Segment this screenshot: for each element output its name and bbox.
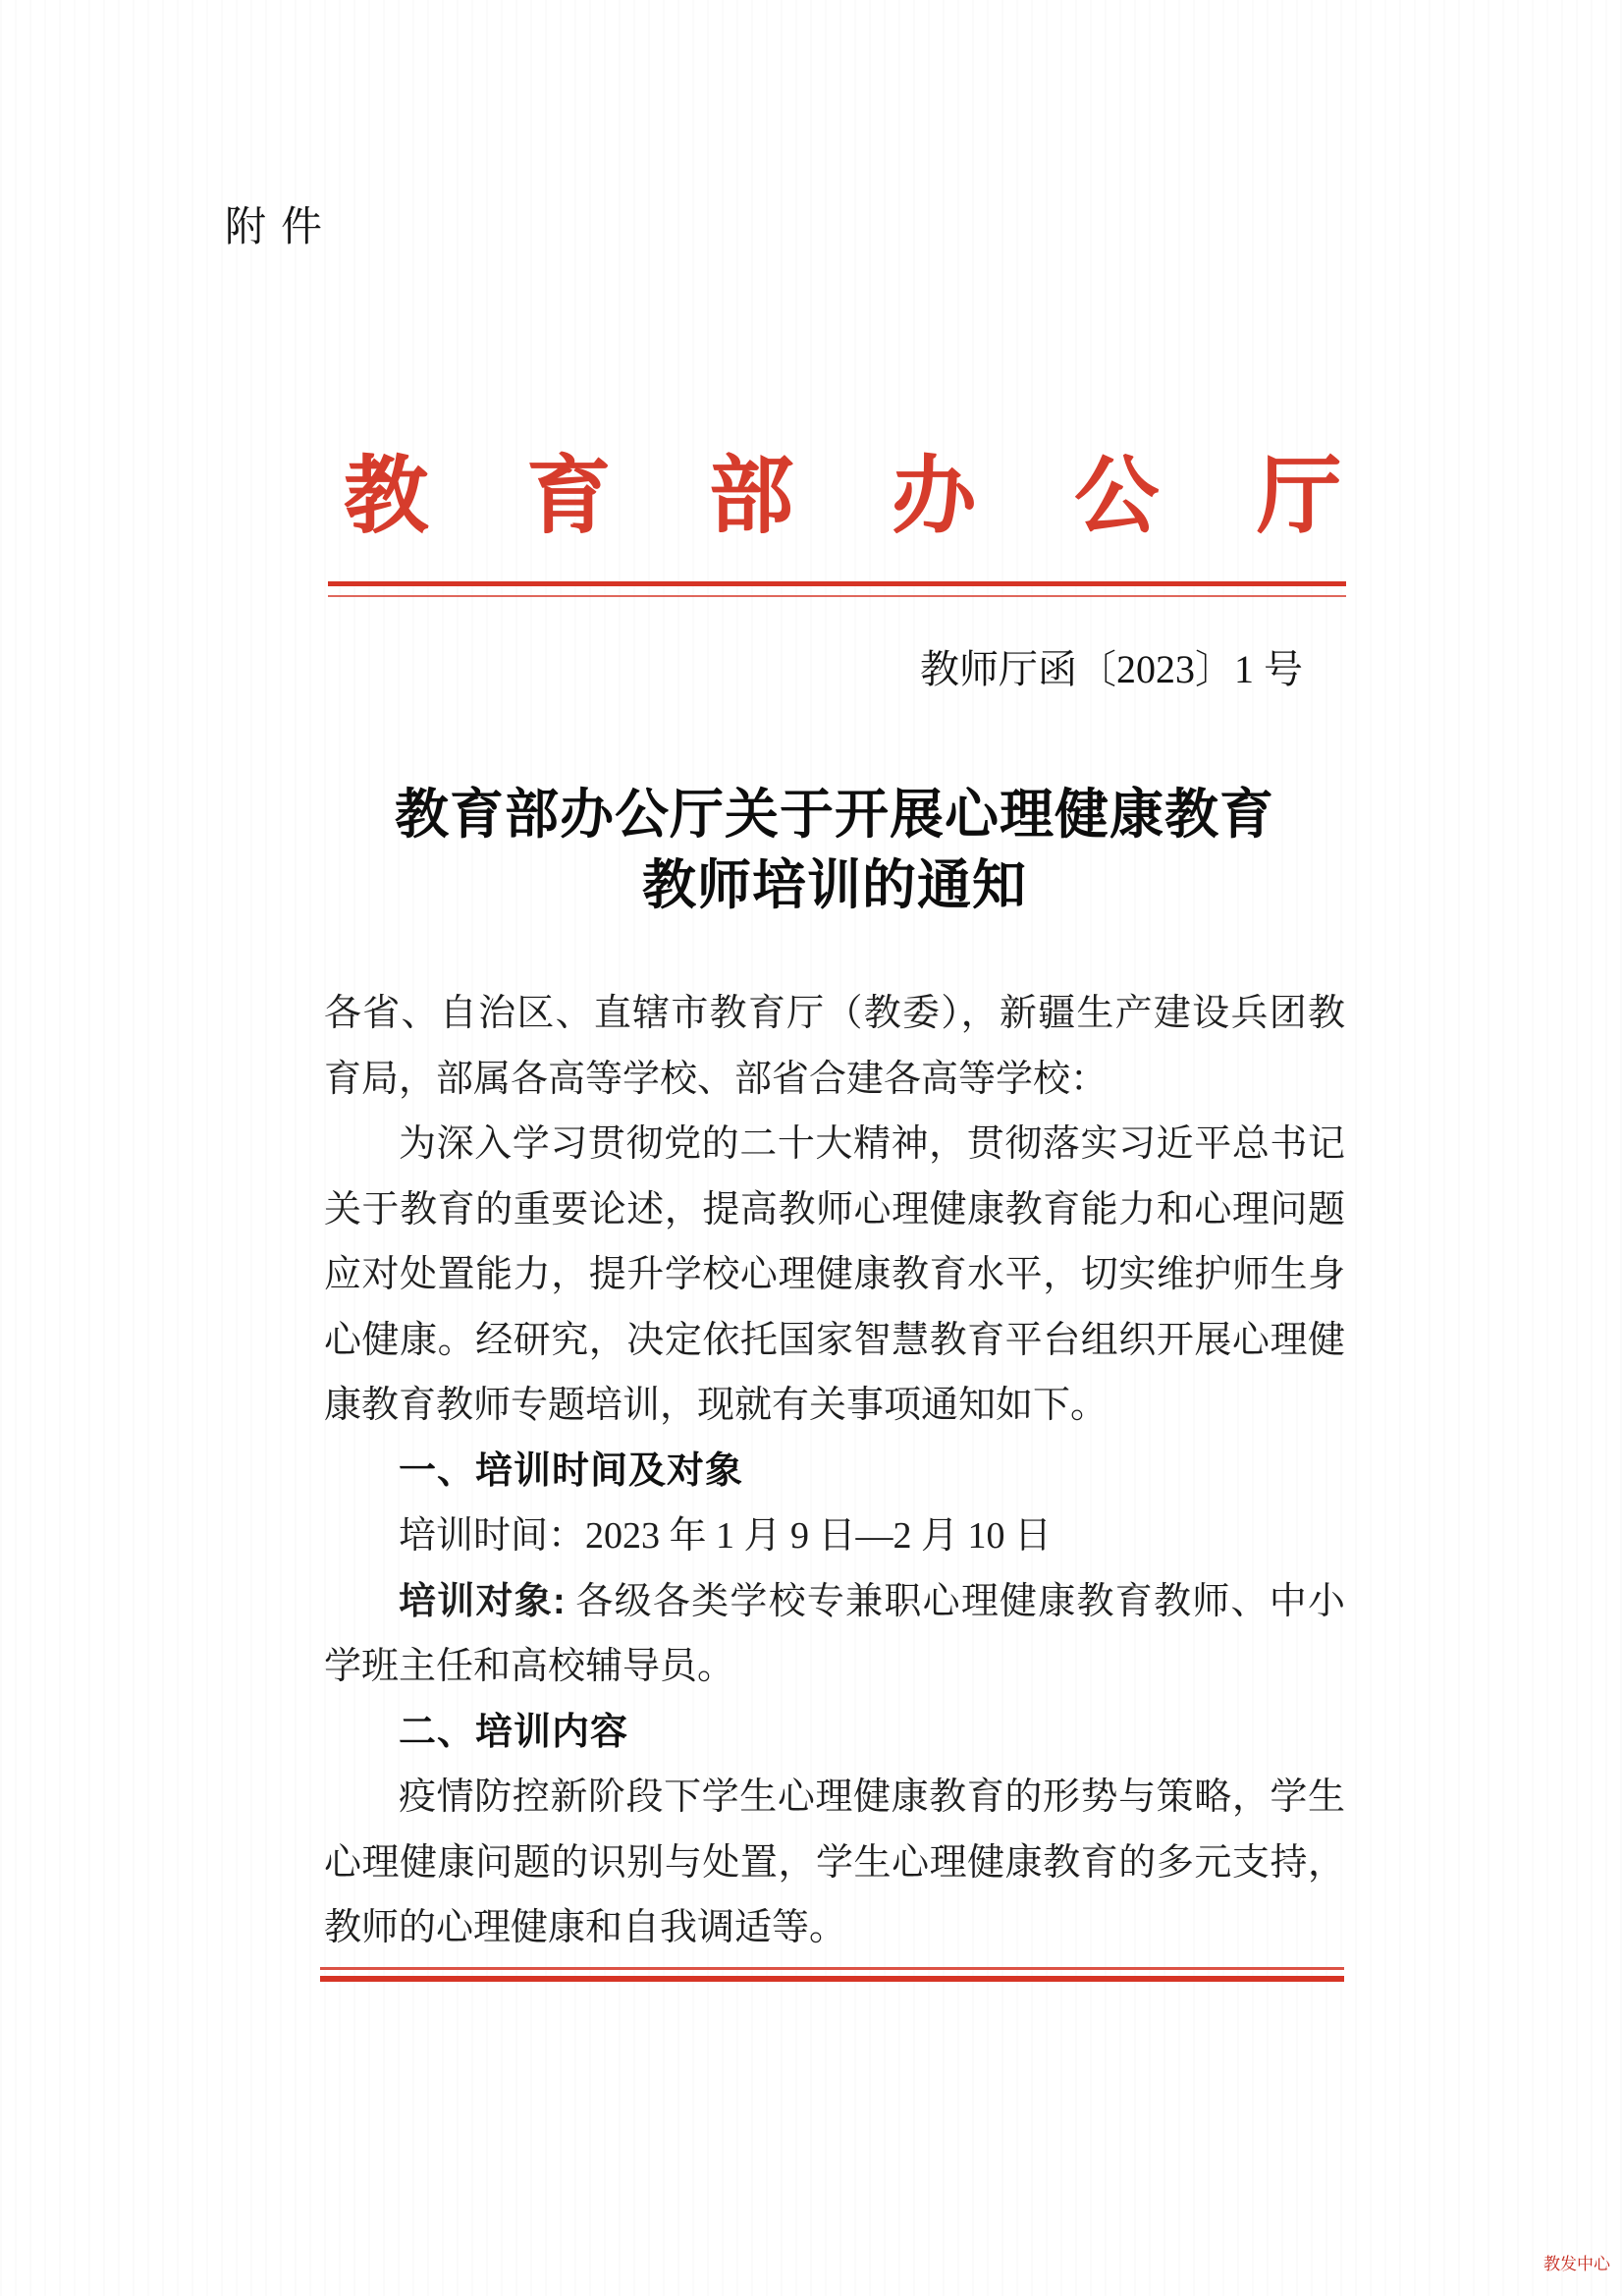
letterhead-rule-thick [328,581,1346,586]
footer-rule-thin [320,1967,1344,1970]
agency-name-char: 厅 [1257,454,1341,538]
intro-paragraph: 为深入学习贯彻党的二十大精神，贯彻落实习近平总书记关于教育的重要论述，提高教师心… [324,1112,1345,1439]
salutation-paragraph: 各省、自治区、直辖市教育厅（教委），新疆生产建设兵团教育局，部属各高等学校、部省… [324,981,1345,1112]
agency-name-char: 办 [892,454,976,538]
agency-name-char: 公 [1074,454,1159,538]
footer-mark: 教发中心 [1543,2250,1610,2274]
document-number: 教师厅函〔2023〕1 号 [324,638,1345,694]
training-target-line: 培训对象: 各级各类学校专兼职心理健康教育教师、中小学班主任和高校辅导员。 [324,1569,1345,1700]
footer-rule-thick [320,1976,1344,1982]
agency-name-char: 育 [526,454,611,538]
notice-body: 各省、自治区、直辖市教育厅（教委），新疆生产建设兵团教育局，部属各高等学校、部省… [324,981,1345,1961]
training-target-label: 培训对象: [399,1581,566,1622]
section2-heading: 二、培训内容 [324,1700,1345,1766]
section1-heading: 一、培训时间及对象 [324,1439,1345,1504]
notice-title-line2: 教师培训的通知 [324,850,1345,921]
notice-title-line1: 教育部办公厅关于开展心理健康教育 [324,780,1345,850]
notice-title: 教育部办公厅关于开展心理健康教育 教师培训的通知 [324,780,1345,921]
content-paragraph: 疫情防控新阶段下学生心理健康教育的形势与策略，学生心理健康问题的识别与处置，学生… [324,1765,1345,1961]
attachment-label: 附件 [225,194,337,253]
agency-name-char: 部 [709,454,793,538]
training-time-line: 培训时间：2023 年 1 月 9 日—2 月 10 日 [324,1503,1345,1569]
letterhead-rule-thin [328,595,1346,597]
document-page: 附件 教育部办公厅 教师厅函〔2023〕1 号 教育部办公厅关于开展心理健康教育… [0,0,1623,2296]
letterhead-agency-name: 教育部办公厅 [344,454,1341,538]
agency-name-char: 教 [344,454,428,538]
